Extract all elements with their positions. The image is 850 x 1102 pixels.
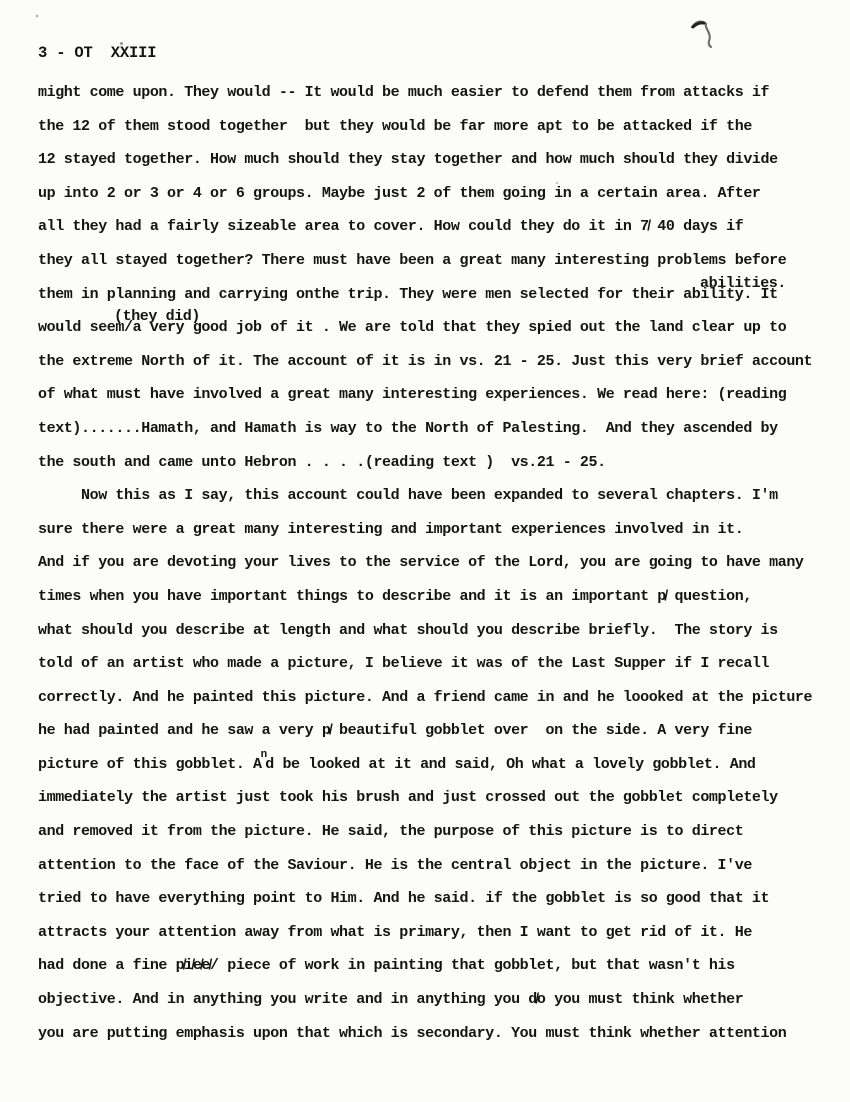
text-line: the extreme North of it. The account of … [38,345,828,379]
text-line: tried to have everything point to Him. A… [38,882,828,916]
text-line: might come upon. They would -- It would … [38,76,828,110]
text-line: immediately the artist just took his bru… [38,781,828,815]
text-line: had done a fine p̸i̸e̸e̸/ piece of work … [38,949,828,983]
text-line: all they had a fairly sizeable area to c… [38,210,828,244]
text-line: the south and came unto Hebron . . . .(r… [38,446,828,480]
text-line: picture of this gobblet. And be looked a… [38,748,828,782]
text-line: objective. And in anything you write and… [38,983,828,1017]
text-segment: picture of this gobblet. A [38,756,262,773]
text-line: attracts your attention away from what i… [38,916,828,950]
text-block: might come upon. They would -- It would … [38,76,828,1050]
text-line: you are putting emphasis upon that which… [38,1017,828,1051]
pen-squiggle-mark [690,18,724,50]
text-line: sure there were a great many interesting… [38,513,828,547]
text-line: told of an artist who made a picture, I … [38,647,828,681]
text-line: up into 2 or 3 or 4 or 6 groups. Maybe j… [38,177,828,211]
text-line: of what must have involved a great many … [38,378,828,412]
text-line: Now this as I say, this account could ha… [38,479,828,513]
text-line: text).......Hamath, and Hamath is way to… [38,412,828,446]
text-line: them in planning and carrying onthe trip… [38,278,828,312]
document-page: 3 - OT XXIII might come upon. They would… [0,0,850,1102]
text-line: 12 stayed together. How much should they… [38,143,828,177]
text-line: times when you have important things to … [38,580,828,614]
page-header: 3 - OT XXIII [38,44,156,62]
text-line: correctly. And he painted this picture. … [38,681,828,715]
text-line: attention to the face of the Saviour. He… [38,849,828,883]
text-segment: d be looked at it and said, Oh what a lo… [265,756,755,773]
text-line: and removed it from the picture. He said… [38,815,828,849]
text-line: the 12 of them stood together but they w… [38,110,828,144]
inserted-letter: n [261,749,268,761]
text-line: they all stayed together? There must hav… [38,244,828,278]
text-line: would seem/a very good job of it . We ar… [38,311,828,345]
scan-speck [36,15,38,17]
text-line: what should you describe at length and w… [38,614,828,648]
text-line: And if you are devoting your lives to th… [38,546,828,580]
text-line: he had painted and he saw a very p̸ beau… [38,714,828,748]
